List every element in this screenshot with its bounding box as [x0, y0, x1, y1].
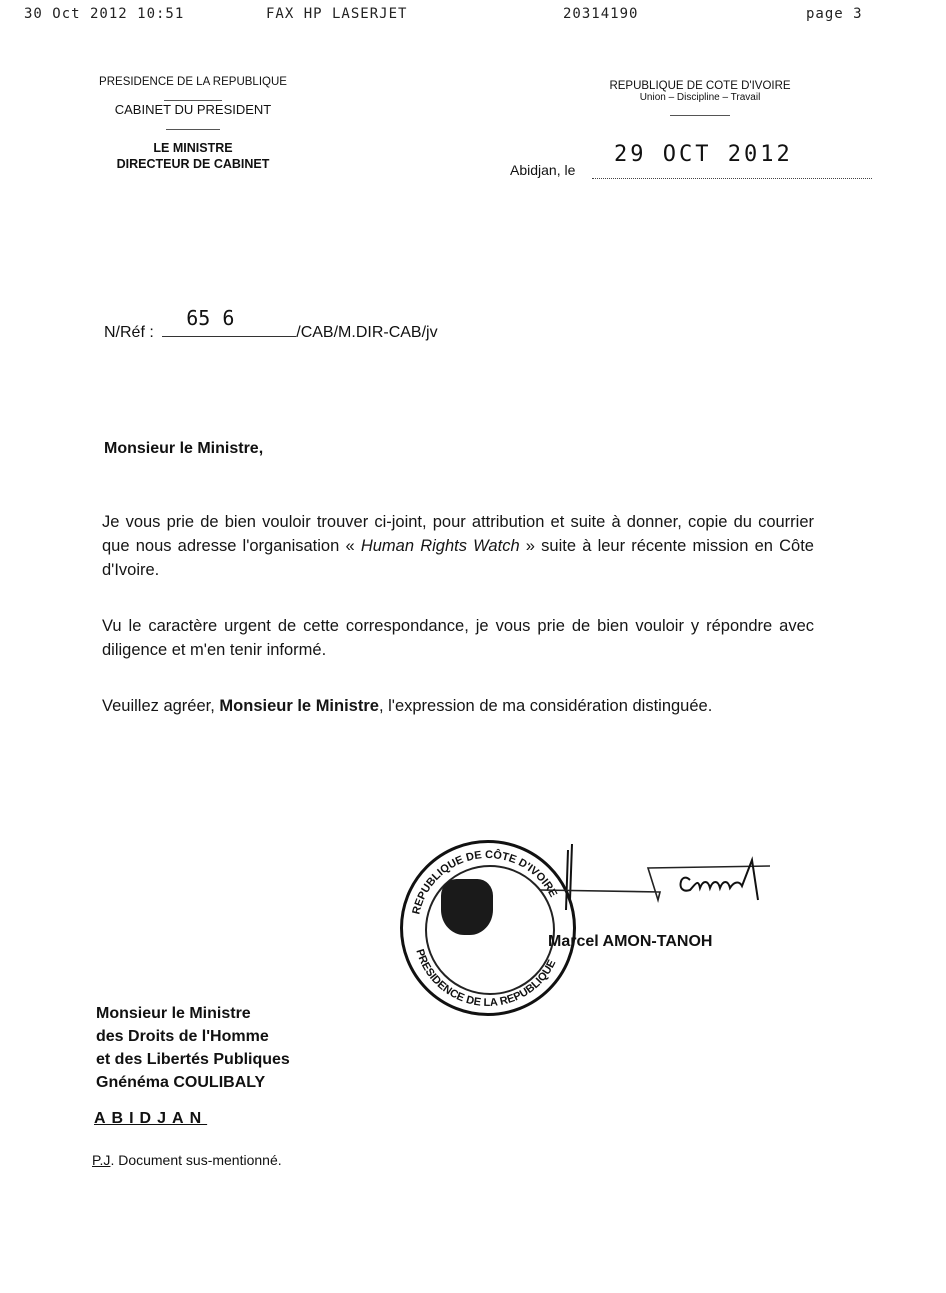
place-label: Abidjan, le [510, 162, 575, 178]
reference-suffix: /CAB/M.DIR-CAB/jv [296, 324, 437, 341]
recipient-block: Monsieur le Ministre des Droits de l'Hom… [96, 1002, 290, 1094]
recipient-line-3: et des Libertés Publiques [96, 1048, 290, 1071]
minister-title: LE MINISTRE [78, 141, 308, 155]
date-stamp: 29 OCT 2012 [614, 142, 793, 167]
cabinet-title: CABINET DU PRESIDENT [78, 102, 308, 117]
enclosure-note: P.J. Document sus-mentionné. [92, 1152, 282, 1168]
fax-number: 20314190 [563, 6, 638, 22]
director-title: DIRECTEUR DE CABINET [78, 157, 308, 171]
letterhead-left: PRESIDENCE DE LA REPUBLIQUE CABINET DU P… [78, 76, 308, 171]
recipient-name: Gnénéma COULIBALY [96, 1071, 290, 1094]
closing-paragraph: Veuillez agréer, Monsieur le Ministre, l… [102, 694, 814, 718]
letterhead-right: REPUBLIQUE DE COTE D'IVOIRE Union – Disc… [580, 80, 820, 111]
salutation: Monsieur le Ministre, [104, 440, 263, 458]
recipient-line-1: Monsieur le Ministre [96, 1002, 290, 1025]
svg-text:PRESIDENCE DE LA REPUBLIQUE: PRESIDENCE DE LA REPUBLIQUE [413, 948, 558, 1009]
enclosure-label: P.J [92, 1152, 110, 1168]
paragraph-2: Vu le caractère urgent de cette correspo… [102, 614, 814, 662]
handwritten-signature [540, 840, 810, 920]
enclosure-text: . Document sus-mentionné. [110, 1152, 281, 1168]
presidency-title: PRESIDENCE DE LA REPUBLIQUE [78, 76, 308, 88]
national-motto: Union – Discipline – Travail [580, 92, 820, 103]
paragraph-1: Je vous prie de bien vouloir trouver ci-… [102, 510, 814, 582]
republic-title: REPUBLIQUE DE COTE D'IVOIRE [580, 80, 820, 92]
signatory-name: Marcel AMON-TANOH [548, 933, 712, 951]
reference-number-field: 65 6 [162, 322, 296, 337]
recipient-line-2: des Droits de l'Homme [96, 1025, 290, 1048]
reference-label: N/Réf : [104, 324, 154, 341]
reference-number: 65 6 [186, 306, 234, 330]
organization-name: Human Rights Watch [361, 537, 520, 555]
fax-header: 30 Oct 2012 10:51 FAX HP LASERJET 203141… [0, 4, 946, 26]
date-line [592, 177, 872, 179]
fax-device: FAX HP LASERJET [266, 6, 407, 22]
recipient-city: ABIDJAN [94, 1110, 207, 1128]
reference-line: N/Réf : 65 6 /CAB/M.DIR-CAB/jv [104, 322, 438, 342]
fax-page: page 3 [806, 6, 863, 22]
svg-text:REPUBLIQUE DE CÔTE D'IVOIRE: REPUBLIQUE DE CÔTE D'IVOIRE [410, 848, 559, 916]
fax-datetime: 30 Oct 2012 10:51 [24, 6, 184, 22]
